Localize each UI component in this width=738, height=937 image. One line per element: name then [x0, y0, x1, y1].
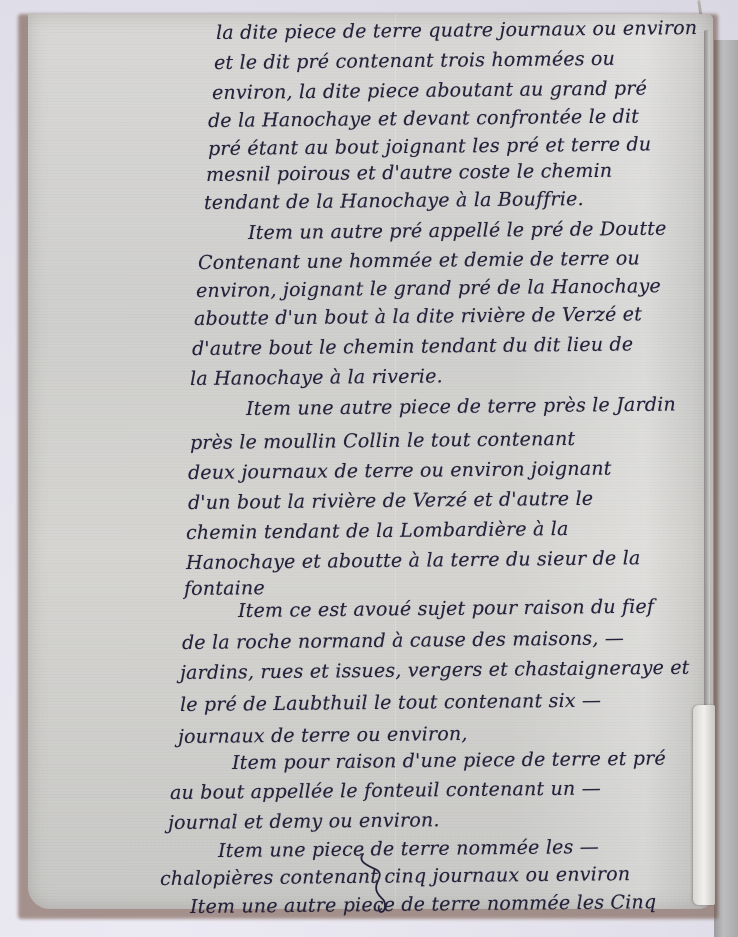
text-line: Item une autre piece de terre près le Ja…	[246, 393, 676, 420]
text-line: aboutte d'un bout à la dite rivière de V…	[194, 303, 642, 330]
text-line: d'un bout la rivière de Verzé et d'autre…	[188, 488, 593, 514]
text-line: le pré de Laubthuil le tout contenant si…	[180, 690, 601, 716]
text-line: jardins, rues et issues, vergers et chas…	[180, 657, 690, 684]
text-line: environ, la dite piece aboutant au grand…	[212, 77, 647, 104]
text-line: et le dit pré contenant trois hommées ou	[214, 48, 615, 74]
text-line: de la roche normand à cause des maisons,…	[182, 627, 624, 654]
text-line: Item une piece de terre nommée les —	[218, 836, 599, 862]
text-line: Item pour raison d'une piece de terre et…	[232, 747, 666, 774]
text-line: deux journaux de terre ou environ joigna…	[188, 458, 612, 484]
text-line: la Hanochaye à la riverie.	[190, 365, 443, 390]
text-line: près le moullin Collin le tout contenant	[190, 428, 576, 454]
handwritten-text: la dite piece de terre quatre journaux o…	[0, 0, 738, 937]
text-line: environ, joignant le grand pré de la Han…	[196, 275, 661, 302]
paraph-flourish-icon	[355, 848, 395, 918]
text-line: journaux de terre ou environ,	[178, 723, 468, 748]
text-line: mesnil poirous et d'autre coste le chemi…	[206, 160, 613, 186]
text-line: chalopières contenant cinq journaux ou e…	[160, 863, 631, 890]
text-line: Item ce est avoué sujet pour raison du f…	[238, 596, 654, 622]
text-line: tendant de la Hanochaye à la Bouffrie.	[204, 188, 584, 214]
text-line: pré étant au bout joignant les pré et te…	[208, 133, 652, 160]
text-line: Item une autre piece de terre nommée les…	[190, 891, 657, 918]
text-line: Contenant une hommée et demie de terre o…	[198, 247, 640, 274]
text-line: de la Hanochaye et devant confrontée le …	[208, 105, 639, 132]
text-line: la dite piece de terre quatre journaux o…	[216, 17, 698, 44]
text-line: Item un autre pré appellé le pré de Dout…	[248, 218, 667, 244]
text-line: Hanochaye et aboutte à la terre du sieur…	[186, 547, 641, 574]
text-line: au bout appellée le fonteuil contenant u…	[170, 777, 601, 804]
text-line: journal et demy ou environ.	[168, 809, 440, 834]
text-line: d'autre bout le chemin tendant du dit li…	[192, 333, 633, 360]
text-line: fontaine	[184, 577, 265, 600]
text-line: chemin tendant de la Lombardière à la	[186, 518, 569, 544]
